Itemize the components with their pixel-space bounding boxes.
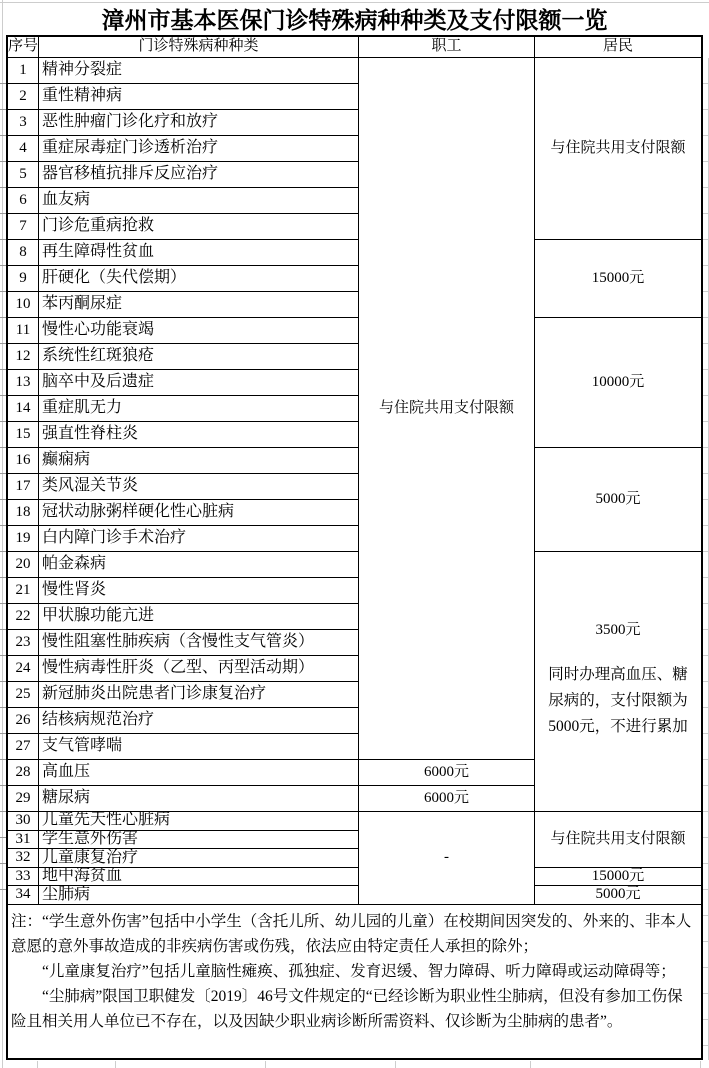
resident-limit-cell: 5000元 bbox=[535, 886, 701, 905]
resident-limit-cell: 5000元 bbox=[535, 448, 701, 552]
disease-name-cell: 恶性肿瘤门诊化疗和放疗 bbox=[39, 110, 359, 136]
disease-name-cell: 高血压 bbox=[39, 760, 359, 786]
disease-name-cell: 儿童先天性心脏病 bbox=[39, 812, 359, 831]
seq-cell: 17 bbox=[8, 474, 39, 500]
limit-amount: 10000元 bbox=[592, 375, 645, 391]
seq-cell: 28 bbox=[8, 760, 39, 786]
footnote-line: “儿童康复治疗”包括儿童脑性瘫痪、孤独症、发育迟缓、智力障碍、听力障碍或运动障碍… bbox=[11, 959, 697, 984]
disease-name-cell: 门诊危重病抢救 bbox=[39, 214, 359, 240]
seq-cell: 23 bbox=[8, 630, 39, 656]
seq-cell: 15 bbox=[8, 422, 39, 448]
seq-cell: 18 bbox=[8, 500, 39, 526]
seq-cell: 3 bbox=[8, 110, 39, 136]
spreadsheet-gridlines-bottom bbox=[0, 1061, 709, 1068]
limit-amount: 与住院共用支付限额 bbox=[550, 141, 685, 157]
spreadsheet-page: 漳州市基本医保门诊特殊病种种类及支付限额一览 序号 门诊特殊病种种类 职工 居民… bbox=[0, 0, 709, 1068]
seq-cell: 9 bbox=[8, 266, 39, 292]
disease-name-cell: 肝硬化（失代偿期） bbox=[39, 266, 359, 292]
seq-cell: 5 bbox=[8, 162, 39, 188]
disease-name-cell: 结核病规范治疗 bbox=[39, 708, 359, 734]
resident-limit-cell: 3500元同时办理高血压、糖尿病的，支付限额为5000元，不进行累加 bbox=[535, 552, 701, 812]
seq-cell: 25 bbox=[8, 682, 39, 708]
seq-cell: 14 bbox=[8, 396, 39, 422]
seq-cell: 24 bbox=[8, 656, 39, 682]
disease-name-cell: 甲状腺功能亢进 bbox=[39, 604, 359, 630]
limit-amount: 5000元 bbox=[595, 492, 640, 508]
disease-name-cell: 脑卒中及后遗症 bbox=[39, 370, 359, 396]
limit-note: 同时办理高血压、糖尿病的，支付限额为5000元，不进行累加 bbox=[535, 662, 701, 740]
footnote-line: “尘肺病”限国卫职健发〔2019〕46号文件规定的“已经诊断为职业性尘肺病，但没… bbox=[11, 984, 697, 1034]
employee-limit-cell: 6000元 bbox=[359, 786, 535, 812]
disease-name-cell: 强直性脊柱炎 bbox=[39, 422, 359, 448]
disease-name-cell: 冠状动脉粥样硬化性心脏病 bbox=[39, 500, 359, 526]
disease-name-cell: 精神分裂症 bbox=[39, 58, 359, 84]
disease-name-cell: 新冠肺炎出院患者门诊康复治疗 bbox=[39, 682, 359, 708]
resident-limit-cell: 与住院共用支付限额 bbox=[535, 812, 701, 868]
disease-name-cell: 慢性肾炎 bbox=[39, 578, 359, 604]
page-title: 漳州市基本医保门诊特殊病种种类及支付限额一览 bbox=[6, 2, 703, 35]
seq-cell: 27 bbox=[8, 734, 39, 760]
col-header-resident: 居民 bbox=[535, 37, 701, 58]
seq-cell: 20 bbox=[8, 552, 39, 578]
disease-name-cell: 类风湿关节炎 bbox=[39, 474, 359, 500]
footnotes: 注：“学生意外伤害”包括中小学生（含托儿所、幼儿园的儿童）在校期间因突发的、外来… bbox=[8, 905, 701, 1058]
employee-limit-cell: 6000元 bbox=[359, 760, 535, 786]
seq-cell: 6 bbox=[8, 188, 39, 214]
col-header-disease: 门诊特殊病种种类 bbox=[39, 37, 359, 58]
disease-name-cell: 重症尿毒症门诊透析治疗 bbox=[39, 136, 359, 162]
disease-name-cell: 血友病 bbox=[39, 188, 359, 214]
seq-cell: 10 bbox=[8, 292, 39, 318]
disease-name-cell: 器官移植抗排斥反应治疗 bbox=[39, 162, 359, 188]
disease-name-cell: 尘肺病 bbox=[39, 886, 359, 905]
disease-name-cell: 白内障门诊手术治疗 bbox=[39, 526, 359, 552]
disease-name-cell: 再生障碍性贫血 bbox=[39, 240, 359, 266]
seq-cell: 4 bbox=[8, 136, 39, 162]
disease-name-cell: 糖尿病 bbox=[39, 786, 359, 812]
payment-limit-table: 序号 门诊特殊病种种类 职工 居民 注：“学生意外伤害”包括中小学生（含托儿所、… bbox=[6, 35, 703, 1060]
footnote-line: 注：“学生意外伤害”包括中小学生（含托儿所、幼儿园的儿童）在校期间因突发的、外来… bbox=[11, 909, 697, 959]
col-header-seq: 序号 bbox=[8, 37, 39, 58]
seq-cell: 2 bbox=[8, 84, 39, 110]
employee-limit-cell: - bbox=[359, 812, 535, 905]
seq-cell: 7 bbox=[8, 214, 39, 240]
seq-cell: 12 bbox=[8, 344, 39, 370]
seq-cell: 30 bbox=[8, 812, 39, 831]
seq-cell: 19 bbox=[8, 526, 39, 552]
seq-cell: 11 bbox=[8, 318, 39, 344]
seq-cell: 31 bbox=[8, 831, 39, 850]
seq-cell: 16 bbox=[8, 448, 39, 474]
seq-cell: 26 bbox=[8, 708, 39, 734]
limit-amount: 15000元 bbox=[592, 271, 645, 287]
disease-name-cell: 学生意外伤害 bbox=[39, 831, 359, 850]
disease-name-cell: 慢性心功能衰竭 bbox=[39, 318, 359, 344]
employee-limit-cell: 与住院共用支付限额 bbox=[359, 58, 535, 760]
seq-cell: 13 bbox=[8, 370, 39, 396]
disease-name-cell: 帕金森病 bbox=[39, 552, 359, 578]
seq-cell: 32 bbox=[8, 849, 39, 868]
disease-name-cell: 支气管哮喘 bbox=[39, 734, 359, 760]
seq-cell: 34 bbox=[8, 886, 39, 905]
disease-name-cell: 慢性病毒性肝炎（乙型、丙型活动期） bbox=[39, 656, 359, 682]
seq-cell: 1 bbox=[8, 58, 39, 84]
disease-name-cell: 苯丙酮尿症 bbox=[39, 292, 359, 318]
resident-limit-cell: 与住院共用支付限额 bbox=[535, 58, 701, 240]
disease-name-cell: 慢性阻塞性肺疾病（含慢性支气管炎） bbox=[39, 630, 359, 656]
disease-name-cell: 重性精神病 bbox=[39, 84, 359, 110]
seq-cell: 22 bbox=[8, 604, 39, 630]
seq-cell: 29 bbox=[8, 786, 39, 812]
resident-limit-cell: 15000元 bbox=[535, 868, 701, 887]
disease-name-cell: 系统性红斑狼疮 bbox=[39, 344, 359, 370]
limit-amount: 15000元 bbox=[592, 869, 645, 885]
limit-amount: 3500元 bbox=[595, 623, 640, 639]
limit-amount: 与住院共用支付限额 bbox=[550, 832, 685, 848]
disease-name-cell: 癫痫病 bbox=[39, 448, 359, 474]
seq-cell: 8 bbox=[8, 240, 39, 266]
disease-name-cell: 重症肌无力 bbox=[39, 396, 359, 422]
resident-limit-cell: 10000元 bbox=[535, 318, 701, 448]
col-header-employee: 职工 bbox=[359, 37, 535, 58]
resident-limit-cell: 15000元 bbox=[535, 240, 701, 318]
spreadsheet-gridlines-right bbox=[703, 58, 709, 1060]
disease-name-cell: 地中海贫血 bbox=[39, 868, 359, 887]
limit-amount: 5000元 bbox=[595, 887, 640, 903]
seq-cell: 21 bbox=[8, 578, 39, 604]
seq-cell: 33 bbox=[8, 868, 39, 887]
disease-name-cell: 儿童康复治疗 bbox=[39, 849, 359, 868]
